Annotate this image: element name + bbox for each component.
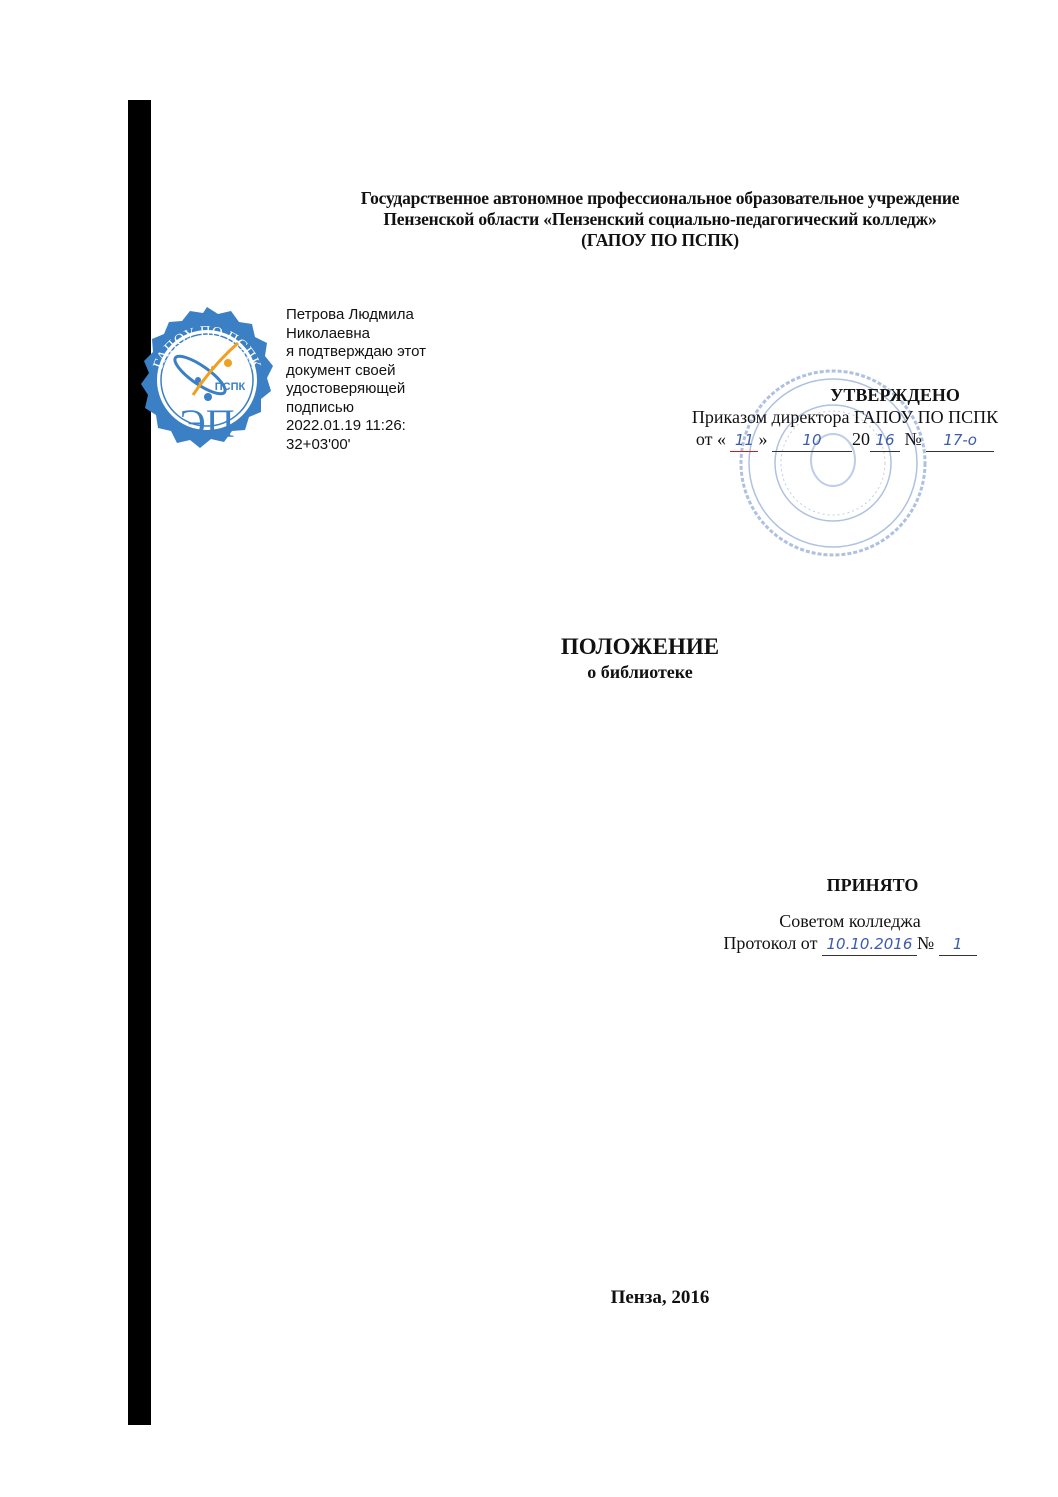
approved-order-line: Приказом директора ГАПОУ ПО ПСПК <box>660 406 1030 428</box>
svg-text:ПСПК: ПСПК <box>215 381 246 393</box>
approved-day: 11 <box>735 431 754 449</box>
signature-statement-3: удостоверяющей <box>286 380 456 399</box>
signature-statement-4: подписью <box>286 399 456 418</box>
header-line-3: (ГАПОУ ПО ПСПК) <box>310 230 1010 251</box>
document-subtitle: о библиотеке <box>520 662 760 683</box>
header-line-2: Пензенской области «Пензенский социально… <box>310 209 1010 230</box>
electronic-signature-seal-icon: ГАПОУ ПО ПСПК ПСПК ЭП <box>138 305 276 455</box>
accepted-title: ПРИНЯТО <box>745 875 1000 896</box>
scan-binding-edge <box>128 100 151 1425</box>
signature-statement-1: я подтверждаю этот <box>286 343 456 362</box>
approval-block: УТВЕРЖДЕНО Приказом директора ГАПОУ ПО П… <box>660 385 1030 452</box>
signature-statement-2: документ своей <box>286 362 456 381</box>
signer-name-line-2: Николаевна <box>286 325 456 344</box>
protocol-date: 10.10.2016 <box>827 935 913 953</box>
document-title: ПОЛОЖЕНИЕ <box>520 634 760 660</box>
signature-timestamp-2: 32+03'00' <box>286 436 456 455</box>
header-line-1: Государственное автономное профессиональ… <box>310 188 1010 209</box>
approved-order-number: 17-о <box>943 431 977 449</box>
approved-title: УТВЕРЖДЕНО <box>760 385 1030 406</box>
signature-timestamp-1: 2022.01.19 11:26: <box>286 417 456 436</box>
protocol-number: 1 <box>953 935 963 953</box>
digital-signature-info: Петрова Людмила Николаевна я подтверждаю… <box>286 306 456 454</box>
svg-text:ЭП: ЭП <box>179 401 234 446</box>
accepted-protocol-line: Протокол от 10.10.2016№ 1 <box>700 932 1000 956</box>
document-title-block: ПОЛОЖЕНИЕ о библиотеке <box>520 634 760 683</box>
approved-month: 10 <box>802 431 821 449</box>
approved-year: 16 <box>875 431 894 449</box>
institution-header: Государственное автономное профессиональ… <box>310 188 1010 251</box>
signer-name-line-1: Петрова Людмила <box>286 306 456 325</box>
approved-date-line: от « 11» 102016 № 17-о <box>660 428 1030 452</box>
place-and-year: Пенза, 2016 <box>560 1287 760 1309</box>
acceptance-block: ПРИНЯТО Советом колледжа Протокол от 10.… <box>700 875 1000 956</box>
accepted-council-line: Советом колледжа <box>700 910 1000 932</box>
